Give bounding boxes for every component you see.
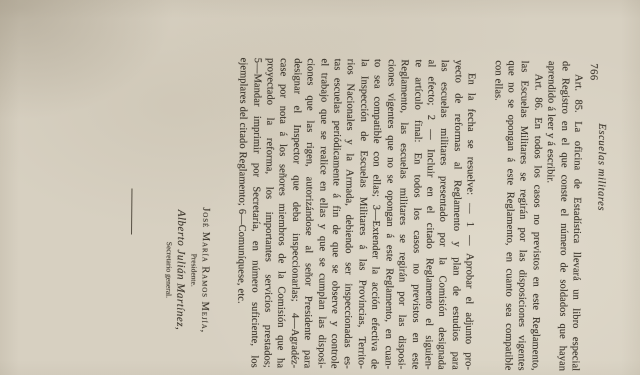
signature-block: José María Ramos Mejía, Presidente. Albe…: [162, 184, 212, 354]
page-header: 766 Escuelas militares: [582, 61, 598, 371]
signature-president-name: José María Ramos Mejía,: [197, 185, 212, 355]
paragraph: En la fecha se resuelve: — 1 — Aprobar e…: [233, 57, 478, 370]
scanned-book-page: 766 Escuelas militares Art. 85. La ofici…: [0, 0, 640, 375]
paragraph: Art. 85. La oficina de Estadística lleva…: [541, 60, 584, 370]
page-number: 766: [587, 63, 598, 80]
running-title: Escuelas militares: [595, 123, 607, 211]
book-page: 766 Escuelas militares Art. 85. La ofici…: [0, 0, 640, 375]
page-body: Art. 85. La oficina de Estadística lleva…: [233, 57, 584, 371]
paragraph: Art. 86. En todos los casos no previstos…: [487, 60, 544, 371]
section-divider-rule: [130, 188, 131, 234]
signature-secretary-name: Alberto Julián Martínez,: [172, 184, 188, 354]
